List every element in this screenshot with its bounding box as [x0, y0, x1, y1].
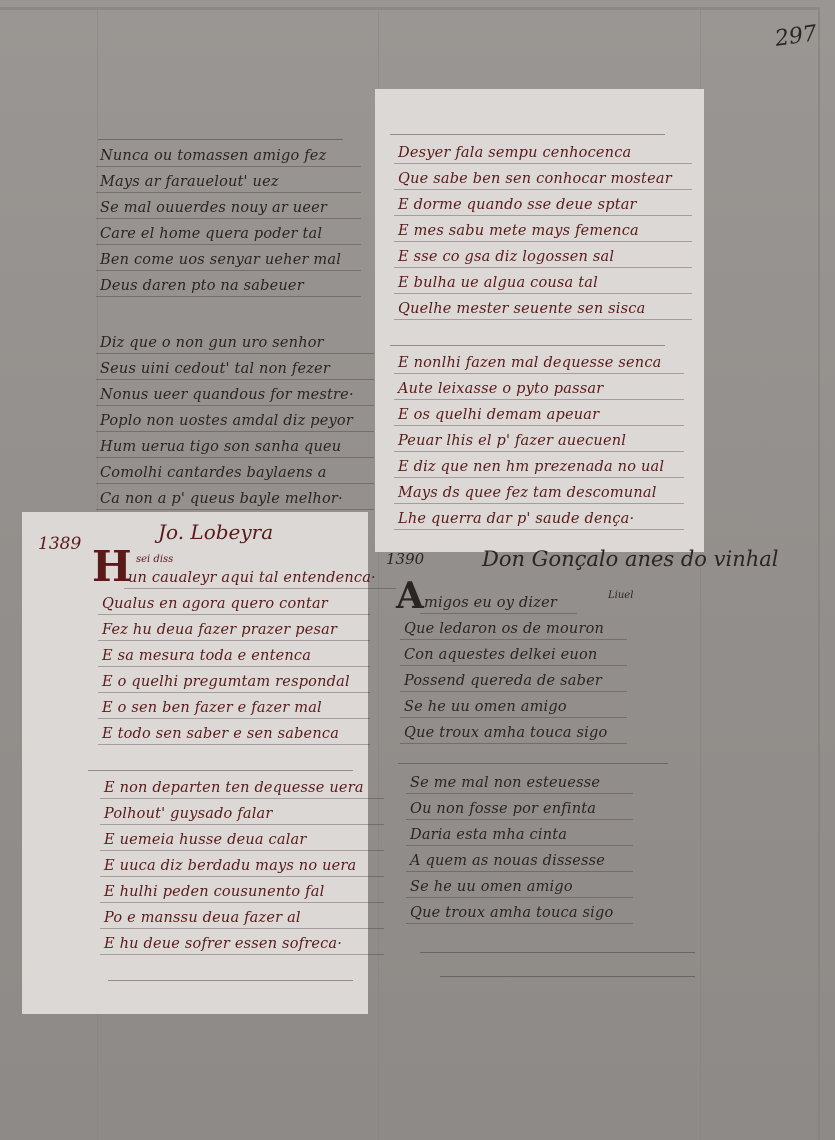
top-right-stanza-1: Desyer fala sempu cenhocenca Que sabe be… — [398, 140, 672, 322]
verse-line: Ben come uos senyar ueher mal — [100, 247, 341, 273]
decorated-initial-h: H — [92, 546, 132, 588]
verse-line: E sa mesura toda e entenca — [102, 643, 350, 669]
manuscript-page: 297 Nunca ou tomassen amigo fez Mays ar … — [0, 0, 835, 1140]
verse-line: Mays ar farauelout' uez — [100, 169, 341, 195]
verse-line: E o quelhi pregumtam respondal — [102, 669, 350, 695]
right-poem-stanza-2: Se me mal non esteuesse Ou non fosse por… — [410, 770, 613, 926]
verse-line: Nunca ou tomassen amigo fez — [100, 143, 341, 169]
page-top-edge — [0, 7, 820, 10]
verse-line: Possend quereda de saber — [404, 668, 607, 694]
verse-line: E hulhi peden cousunento fal — [104, 879, 364, 905]
verse-line: E todo sen saber e sen sabenca — [102, 721, 350, 747]
verse-line: Que troux amha touca sigo — [404, 720, 607, 746]
verse-line: Mays ds quee fez tam descomunal — [398, 480, 664, 506]
verse-line: Se he uu omen amigo — [410, 874, 613, 900]
verse-line: Desyer fala sempu cenhocenca — [398, 140, 672, 166]
verse-line: E bulha ue algua cousa tal — [398, 270, 672, 296]
verse-line: Polhout' guysado falar — [104, 801, 364, 827]
left-poem-stanza-1: un caualeyr aqui tal entendenca· — [128, 565, 376, 591]
verse-line: E non departen ten dequesse uera — [104, 775, 364, 801]
verse-line: migos eu oy dizer — [424, 590, 557, 616]
verse-line: Hum uerua tigo son sanha queu — [100, 434, 354, 460]
poem-number-1389: 1389 — [38, 534, 81, 554]
marginal-note: sei diss — [136, 554, 173, 565]
verse-line: E sse co gsa diz logossen sal — [398, 244, 672, 270]
marginal-note: Liuel — [608, 590, 633, 601]
verse-line: A quem as nouas dissesse — [410, 848, 613, 874]
verse-line: Nonus ueer quandous for mestre· — [100, 382, 354, 408]
verse-line: Ca non a p' queus bayle melhor· — [100, 486, 354, 512]
ruling-line — [420, 952, 695, 953]
left-poem-stanza-1-cont: Qualus en agora quero contar Fez hu deua… — [102, 591, 350, 747]
verse-line: Que ledaron os de mouron — [404, 616, 607, 642]
verse-line: Comolhi cantardes baylaens a — [100, 460, 354, 486]
verse-line: Care el home quera poder tal — [100, 221, 341, 247]
ruling-line — [390, 345, 665, 346]
verse-line: Que sabe ben sen conhocar mostear — [398, 166, 672, 192]
verse-line: E o sen ben fazer e fazer mal — [102, 695, 350, 721]
top-right-stanza-2: E nonlhi fazen mal dequesse senca Aute l… — [398, 350, 664, 532]
verse-line: Se he uu omen amigo — [404, 694, 607, 720]
verse-line: Con aquestes delkei euon — [404, 642, 607, 668]
verse-line: un caualeyr aqui tal entendenca· — [128, 565, 376, 591]
verse-line: Aute leixasse o pyto passar — [398, 376, 664, 402]
right-poem-stanza-1: migos eu oy dizer — [424, 590, 557, 616]
verse-line: Peuar lhis el p' fazer auecuenl — [398, 428, 664, 454]
poem-number-1390: 1390 — [386, 550, 424, 568]
verse-line: Que troux amha touca sigo — [410, 900, 613, 926]
verse-line: Daria esta mha cinta — [410, 822, 613, 848]
ruling-line — [398, 763, 668, 764]
verse-line: Lhe querra dar p' saude dença· — [398, 506, 664, 532]
verse-line: E mes sabu mete mays femenca — [398, 218, 672, 244]
right-poem-stanza-1-cont: Que ledaron os de mouron Con aquestes de… — [404, 616, 607, 746]
ruling-line — [390, 134, 665, 135]
poem-author-heading: Jo. Lobeyra — [158, 520, 273, 544]
verse-line: E os quelhi demam apeuar — [398, 402, 664, 428]
verse-line: E uemeia husse deua calar — [104, 827, 364, 853]
verse-line: E uuca diz berdadu mays no uera — [104, 853, 364, 879]
ruling-line — [440, 976, 695, 977]
verse-line: Deus daren pto na sabeuer — [100, 273, 341, 299]
verse-line: E nonlhi fazen mal dequesse senca — [398, 350, 664, 376]
verse-line: Qualus en agora quero contar — [102, 591, 350, 617]
ruling-line — [88, 770, 353, 771]
verse-line: E diz que nen hm prezenada no ual — [398, 454, 664, 480]
verse-line: E dorme quando sse deue sptar — [398, 192, 672, 218]
decorated-initial-a: A — [396, 578, 424, 614]
verse-line: Quelhe mester seuente sen sisca — [398, 296, 672, 322]
left-poem-stanza-2: E non departen ten dequesse uera Polhout… — [104, 775, 364, 957]
verse-line: Seus uini cedout' tal non fezer — [100, 356, 354, 382]
page-right-edge — [818, 10, 820, 1140]
top-left-stanza-2: Diz que o non gun uro senhor Seus uini c… — [100, 330, 354, 512]
verse-line: Po e manssu deua fazer al — [104, 905, 364, 931]
verse-line: Poplo non uostes amdal diz peyor — [100, 408, 354, 434]
poem-author-heading: Don Gonçalo anes do vinhal — [482, 547, 779, 571]
verse-line: Ou non fosse por enfinta — [410, 796, 613, 822]
ruling-line — [108, 980, 353, 981]
verse-line: Diz que o non gun uro senhor — [100, 330, 354, 356]
verse-line: Se mal ouuerdes nouy ar ueer — [100, 195, 341, 221]
verse-line: E hu deue sofrer essen sofreca· — [104, 931, 364, 957]
verse-line: Se me mal non esteuesse — [410, 770, 613, 796]
folio-number: 297 — [773, 21, 818, 52]
top-left-stanza-1: Nunca ou tomassen amigo fez Mays ar fara… — [100, 143, 341, 299]
verse-line: Fez hu deua fazer prazer pesar — [102, 617, 350, 643]
ruling-line — [98, 139, 343, 140]
